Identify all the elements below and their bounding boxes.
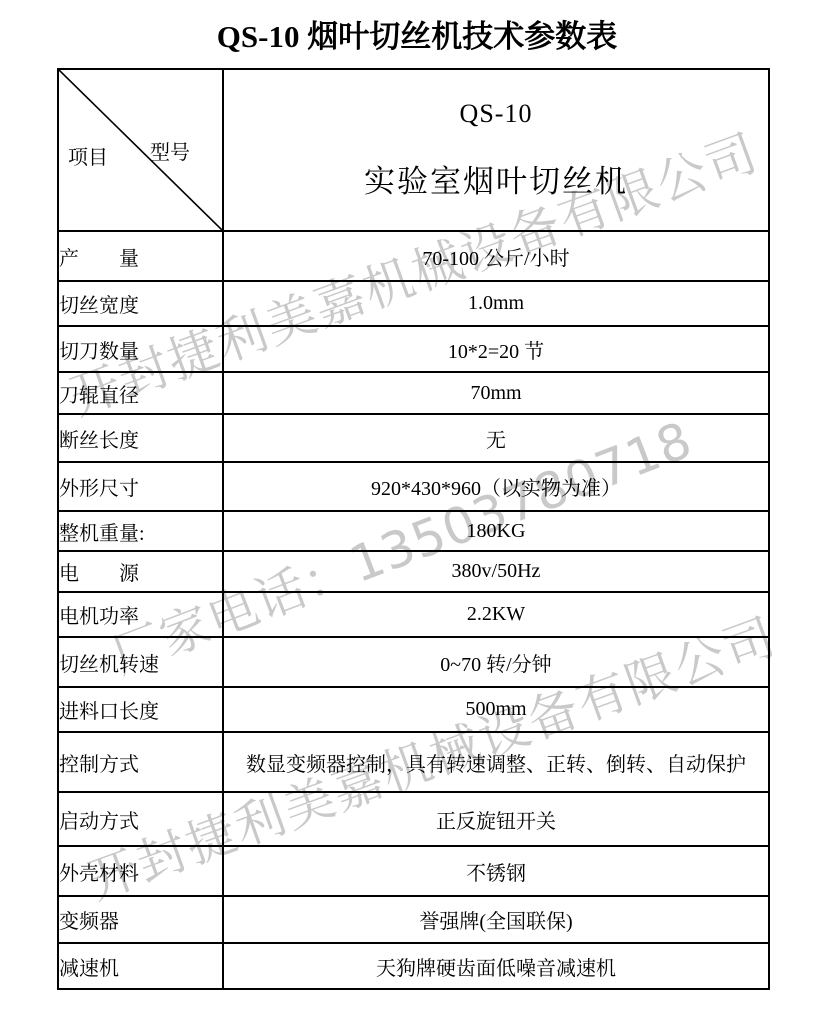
row-label: 启动方式	[58, 792, 223, 846]
row-label: 变频器	[58, 896, 223, 943]
spec-row: 控制方式 数显变频器控制，具有转速调整、正转、倒转、自动保护	[58, 732, 769, 792]
row-label: 控制方式	[58, 732, 223, 792]
row-value: 380v/50Hz	[223, 551, 769, 592]
document-page: 开封捷利美嘉机械设备有限公司 厂家电话：13503780718 开封捷利美嘉机械…	[0, 0, 834, 1013]
row-value: 0~70 转/分钟	[223, 637, 769, 687]
row-label: 刀辊直径	[58, 372, 223, 414]
spec-row: 产 量 70-100 公斤/小时	[58, 231, 769, 281]
corner-model-label: 型号	[150, 136, 190, 165]
spec-row: 外壳材料 不锈钢	[58, 846, 769, 896]
page-title: QS-10 烟叶切丝机技术参数表	[0, 0, 834, 56]
spec-row: 电机功率 2.2KW	[58, 592, 769, 637]
spec-row: 切丝机转速 0~70 转/分钟	[58, 637, 769, 687]
row-value: 70-100 公斤/小时	[223, 231, 769, 281]
row-value: 70mm	[223, 372, 769, 414]
spec-row: 变频器 誉强牌(全国联保)	[58, 896, 769, 943]
row-value: 10*2=20 节	[223, 326, 769, 372]
header-row: 项目 型号 QS-10 实验室烟叶切丝机	[58, 69, 769, 231]
row-value: 1.0mm	[223, 281, 769, 326]
spec-row: 外形尺寸 920*430*960（以实物为准）	[58, 462, 769, 511]
row-label: 进料口长度	[58, 687, 223, 732]
spec-row: 切丝宽度 1.0mm	[58, 281, 769, 326]
row-label: 断丝长度	[58, 414, 223, 462]
row-value: 不锈钢	[223, 846, 769, 896]
model-header-box: QS-10 实验室烟叶切丝机	[224, 70, 768, 230]
row-label: 整机重量:	[58, 511, 223, 551]
row-value: 500mm	[223, 687, 769, 732]
row-value: 誉强牌(全国联保)	[223, 896, 769, 943]
row-value: 180KG	[223, 511, 769, 551]
spec-row: 断丝长度 无	[58, 414, 769, 462]
spec-row: 电 源 380v/50Hz	[58, 551, 769, 592]
row-label: 切丝宽度	[58, 281, 223, 326]
spec-row: 切刀数量 10*2=20 节	[58, 326, 769, 372]
spec-row: 启动方式 正反旋钮开关	[58, 792, 769, 846]
row-label: 外形尺寸	[58, 462, 223, 511]
row-value: 无	[223, 414, 769, 462]
spec-row: 减速机 天狗牌硬齿面低噪音减速机	[58, 943, 769, 989]
spec-row: 刀辊直径 70mm	[58, 372, 769, 414]
row-value: 数显变频器控制，具有转速调整、正转、倒转、自动保护	[223, 732, 769, 792]
row-label: 电 源	[58, 551, 223, 592]
row-label: 减速机	[58, 943, 223, 989]
row-label: 产 量	[58, 231, 223, 281]
spec-row: 整机重量: 180KG	[58, 511, 769, 551]
spec-table: 项目 型号 QS-10 实验室烟叶切丝机 产 量 70-100 公斤/小时 切丝…	[57, 68, 770, 990]
row-value: 天狗牌硬齿面低噪音减速机	[223, 943, 769, 989]
row-value: 920*430*960（以实物为准）	[223, 462, 769, 511]
corner-cell: 项目 型号	[58, 69, 223, 231]
model-header-cell: QS-10 实验室烟叶切丝机	[223, 69, 769, 231]
row-label: 外壳材料	[58, 846, 223, 896]
model-code: QS-10	[460, 99, 533, 129]
row-value: 正反旋钮开关	[223, 792, 769, 846]
model-name: 实验室烟叶切丝机	[364, 156, 628, 201]
row-label: 切刀数量	[58, 326, 223, 372]
row-label: 切丝机转速	[58, 637, 223, 687]
corner-item-label: 项目	[68, 141, 108, 170]
row-label: 电机功率	[58, 592, 223, 637]
row-value: 2.2KW	[223, 592, 769, 637]
spec-row: 进料口长度 500mm	[58, 687, 769, 732]
